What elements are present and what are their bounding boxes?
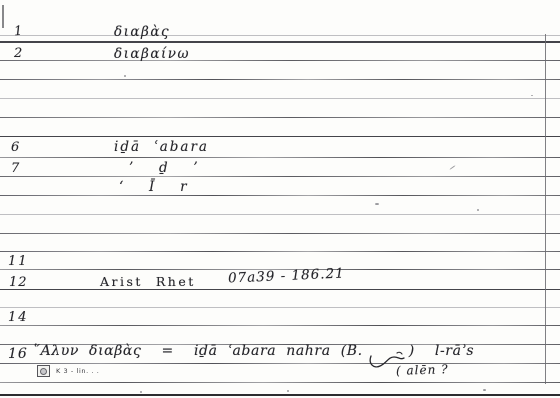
- entry-citation-arist-rhet: Arist Rhet: [100, 276, 196, 289]
- entry-ditto-ir: ‘ Ī r: [119, 181, 187, 195]
- row-number-7: 7: [11, 162, 19, 175]
- entry-marginal-note: ( alēn ?: [396, 363, 449, 377]
- stamp-seal-icon: [37, 365, 50, 377]
- row-number-12: 12: [9, 276, 28, 289]
- scan-edge-artifact: [2, 5, 4, 28]
- entry-halyn-text-a: ῞Αλυν διαβὰς = iḏā ʿabara nahra (B.: [33, 344, 363, 358]
- entry-greek-diabaino: διαβαίνω: [114, 48, 190, 62]
- row-number-16: 16: [8, 347, 28, 361]
- scanned-index-card: 1 διαβὰς 2 διαβαίνω 6 iḏā ʿabara 7 ’ ḏ ’…: [0, 0, 560, 398]
- entry-greek-diabas: διαβὰς: [114, 26, 170, 40]
- stamp-label: K 3 - lin. . .: [56, 367, 99, 375]
- row-number-6: 6: [11, 141, 19, 154]
- entry-ditto-d: ’ ḏ ’: [129, 162, 198, 176]
- row-number-11: 11: [8, 255, 29, 268]
- entry-translit-ida-abara: iḏā ʿabara: [114, 141, 209, 155]
- row-number-2: 2: [14, 47, 22, 60]
- catalog-stamp: K 3 - lin. . .: [37, 365, 99, 377]
- entry-citation-reference: 07a39 - 186.21: [228, 267, 345, 286]
- row-number-1: 1: [13, 25, 22, 39]
- row-number-14: 14: [8, 311, 29, 324]
- entry-halyn-text-b: ) l-rāʾs: [409, 344, 475, 358]
- scan-bottom-edge: [0, 394, 560, 396]
- right-margin-line: [545, 34, 546, 384]
